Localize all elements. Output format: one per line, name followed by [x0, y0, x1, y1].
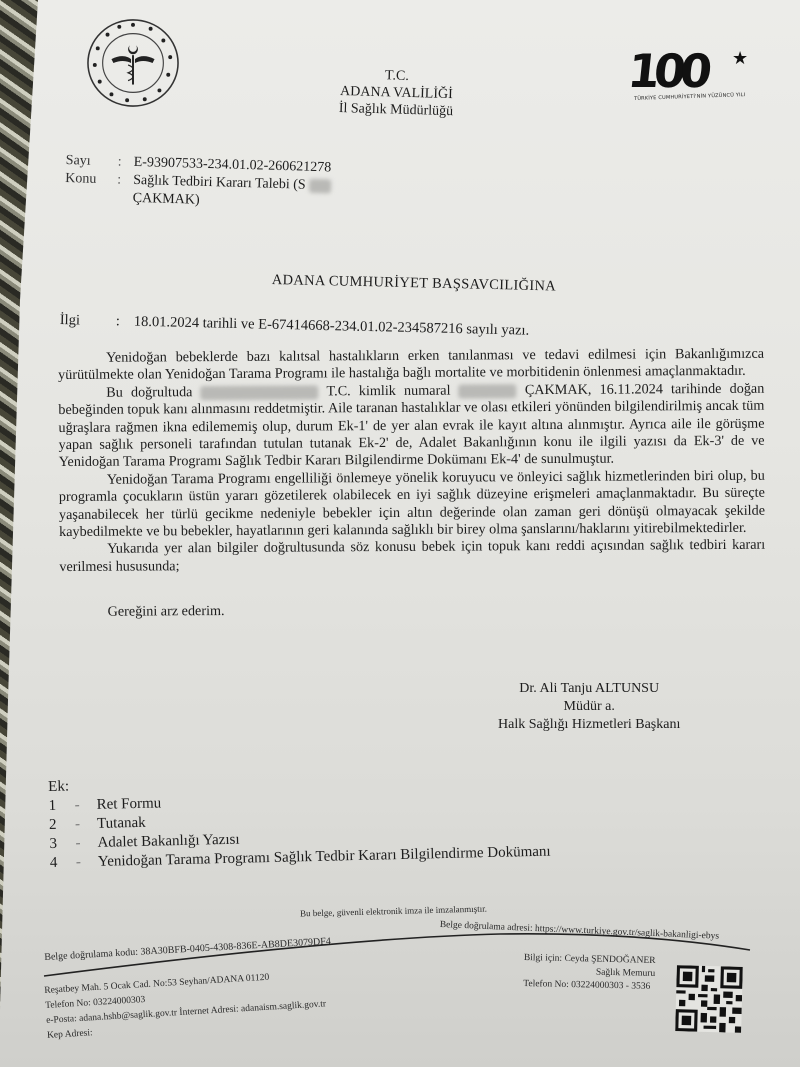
letterhead-line-3: İl Sağlık Müdürlüğü: [339, 100, 454, 120]
konu-text-partial: S: [298, 177, 306, 192]
paragraph-2-start: Bu doğrultuda: [106, 384, 192, 401]
attachment-number: 1: [48, 796, 74, 816]
centennial-logo: 100 ★ TÜRKİYE CUMHURİYETİ'NİN YÜZÜNCÜ YI…: [624, 40, 774, 110]
crescent-star-icon: ★: [732, 48, 748, 69]
reference: İlgi:18.01.2024 tarihli ve E-67414668-23…: [60, 312, 530, 340]
document-meta: Sayı : E-93907533-234.01.02-260621278 Ko…: [64, 152, 331, 213]
qr-code-icon[interactable]: [675, 965, 743, 1033]
separator: :: [117, 153, 133, 171]
separator: -: [75, 815, 97, 834]
email-label: e-Posta:: [46, 1014, 77, 1026]
letterhead: T.C. ADANA VALİLİĞİ İl Sağlık Müdürlüğü: [339, 66, 455, 120]
letter-body: Yenidoğan bebeklerde bazı kalıtsal hasta…: [58, 346, 766, 622]
signature-block: Dr. Ali Tanju ALTUNSU Müdür a. Halk Sağl…: [498, 680, 680, 734]
signatory-title-1: Müdür a.: [498, 698, 680, 716]
email-link[interactable]: adana.hshb@saglik.gov.tr: [79, 1008, 178, 1024]
centennial-number: 100: [625, 44, 709, 98]
ilgi-value: 18.01.2024 tarihli ve E-67414668-234.01.…: [134, 314, 530, 339]
attachments-list: Ek: 1-Ret Formu 2-Tutanak 3-Adalet Bakan…: [48, 767, 551, 873]
paragraph-2-id-label: T.C. kimlik numaral: [326, 382, 450, 399]
signatory-name: Dr. Ali Tanju ALTUNSU: [498, 680, 680, 698]
konu-label: Konu: [65, 170, 117, 189]
paragraph-4: Yukarıda yer alan bilgiler doğrultusunda…: [59, 537, 765, 576]
contact-person-block: Bilgi için: Ceyda ŞENDOĞANER Sağlık Memu…: [523, 952, 656, 994]
separator: -: [75, 834, 97, 853]
paragraph-3: Yenidoğan Tarama Programı engelliliği ön…: [59, 468, 765, 542]
ilgi-label: İlgi: [60, 312, 116, 330]
attachment-title: Ret Formu: [96, 794, 161, 814]
separator: :: [116, 313, 134, 330]
attachment-number: 4: [50, 853, 76, 873]
paragraph-1: Yenidoğan bebeklerde bazı kalıtsal hasta…: [58, 346, 764, 385]
sayi-label: Sayı: [65, 152, 117, 171]
signatory-title-2: Halk Sağlığı Hizmetleri Başkanı: [498, 716, 680, 734]
separator: :: [117, 171, 133, 189]
konu-text: Sağlık Tedbiri Kararı Talebi (: [133, 173, 298, 193]
attachment-title: Tutanak: [97, 814, 146, 834]
e-signature-note: Bu belge, güvenli elektronik imza ile im…: [300, 904, 487, 919]
paragraph-2: Bu doğrultuda T.C. kimlik numaral ÇAKMAK…: [58, 380, 765, 471]
redacted-id: [459, 384, 517, 398]
separator: -: [76, 853, 98, 872]
internet-link[interactable]: adanaism.saglik.gov.tr: [241, 999, 327, 1014]
document-page: 100 ★ TÜRKİYE CUMHURİYETİ'NİN YÜZÜNCÜ YI…: [0, 0, 800, 1067]
addressee: ADANA CUMHURİYET BAŞSAVCILIĞINA: [272, 272, 557, 295]
redacted-name: [309, 179, 331, 194]
internet-label: İnternet Adresi:: [179, 1005, 239, 1019]
closing: Gereğini arz ederim.: [60, 600, 766, 622]
contact-label: Bilgi için:: [524, 953, 562, 964]
redacted-name: [201, 385, 319, 400]
ministry-of-health-seal-icon: [84, 16, 182, 110]
contact-phone: Telefon No: 03224000303 - 3536: [523, 978, 655, 994]
contact-name: Ceyda ŞENDOĞANER: [564, 954, 655, 966]
separator: -: [74, 796, 96, 815]
attachment-number: 3: [49, 834, 75, 854]
attachment-number: 2: [49, 815, 75, 835]
